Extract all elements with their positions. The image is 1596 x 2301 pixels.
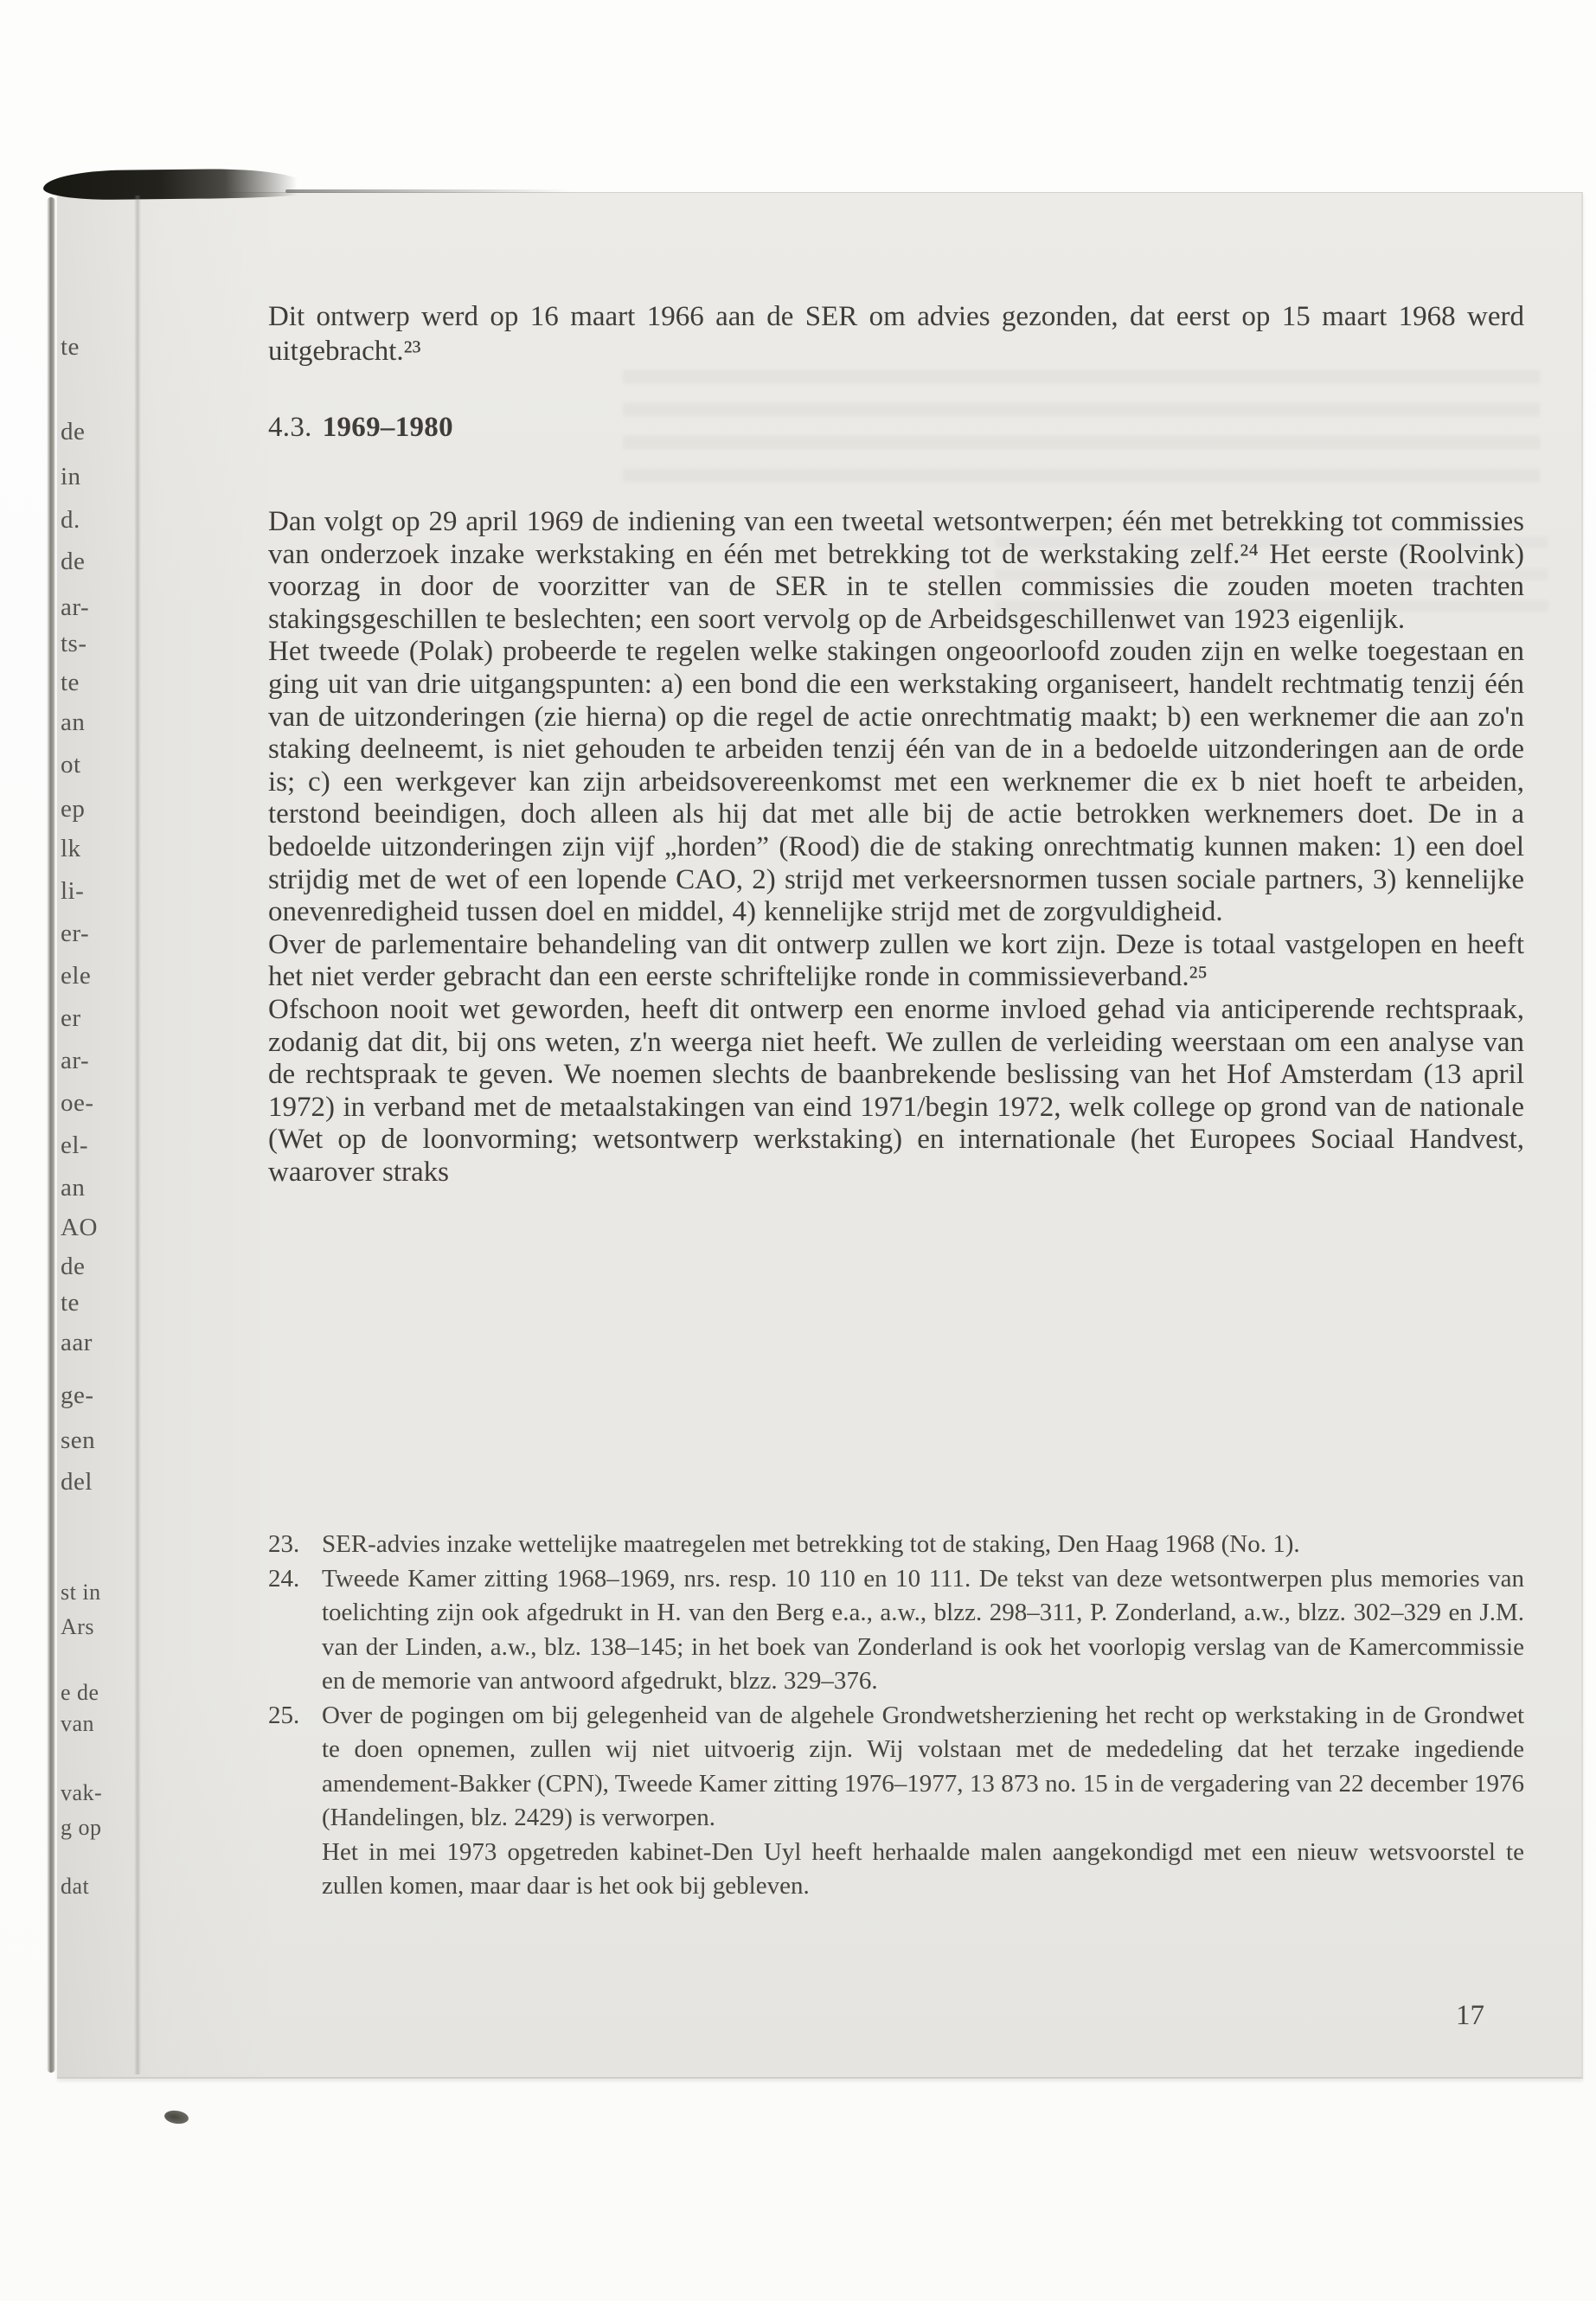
facing-page-text-fragment: sen <box>61 1427 95 1453</box>
facing-page-text-fragment: oe- <box>61 1090 94 1116</box>
footnote-text: Tweede Kamer zitting 1968–1969, nrs. res… <box>322 1562 1524 1699</box>
facing-page-text-fragment: ts- <box>61 631 87 657</box>
footnote-text: SER-advies inzake wettelijke maatregelen… <box>322 1528 1524 1562</box>
facing-page-text-fragment: er <box>61 1005 81 1031</box>
facing-page-text-fragment: st in <box>61 1580 101 1606</box>
scanned-book-page: te de in d. de ar- ts- te an ot ep lk li… <box>0 0 1596 2301</box>
facing-page-text-fragment: d. <box>61 507 80 533</box>
facing-page-text-fragment: del <box>61 1469 93 1495</box>
footnote-item: 24. Tweede Kamer zitting 1968–1969, nrs.… <box>268 1562 1524 1699</box>
facing-page-text-fragment: ar- <box>61 594 89 620</box>
page-number: 17 <box>1456 2000 1484 2032</box>
facing-page-text-fragment: er- <box>61 920 89 946</box>
facing-page-text-fragment: te <box>61 670 80 695</box>
facing-page-text-fragment: de <box>61 548 85 574</box>
previous-page-edge <box>43 168 303 200</box>
page-edge-line <box>134 195 141 2074</box>
body-paragraph: Ofschoon nooit wet geworden, heeft dit o… <box>268 994 1524 1189</box>
footnote-number: 25. <box>268 1699 299 1734</box>
facing-page-text-fragment: te <box>61 334 80 360</box>
facing-page-text-fragment: ele <box>61 963 91 989</box>
footnotes-section: 23. SER-advies inzake wettelijke maatreg… <box>268 1528 1524 1904</box>
facing-page-text-fragment: in <box>61 464 81 490</box>
footnote-text: Over de pogingen om bij gelegenheid van … <box>322 1699 1524 1904</box>
body-paragraph: Over de parlementaire behandeling van di… <box>268 929 1524 994</box>
facing-page-text-fragment: el- <box>61 1132 88 1158</box>
facing-page-text-fragment: Ars <box>61 1614 94 1640</box>
facing-page-text-fragment: ot <box>61 752 81 778</box>
facing-page-text-fragment: an <box>61 709 85 735</box>
facing-page-text-fragment: AO <box>61 1215 98 1240</box>
facing-page-text-fragment: li- <box>61 878 84 904</box>
section-title: 1969–1980 <box>323 412 453 443</box>
footnote-number: 23. <box>268 1528 299 1562</box>
facing-page-text-fragment: lk <box>61 836 81 862</box>
facing-page-text-fragment: dat <box>61 1874 89 1900</box>
facing-page-text-fragment: ge- <box>61 1382 94 1408</box>
footnote-number: 24. <box>268 1562 299 1597</box>
facing-page-text-fragment: g op <box>61 1815 102 1841</box>
footnote-item: 23. SER-advies inzake wettelijke maatreg… <box>268 1528 1524 1562</box>
body-paragraph: Dan volgt op 29 april 1969 de indiening … <box>268 506 1524 636</box>
facing-page-text-fragment: te <box>61 1290 80 1316</box>
body-paragraph: Het tweede (Polak) probeerde te regelen … <box>268 636 1524 928</box>
body-text: Dan volgt op 29 april 1969 de indiening … <box>268 506 1524 1189</box>
page-top-edge-line <box>285 189 571 193</box>
facing-page-text-fragment: de <box>61 1253 85 1279</box>
facing-page-text-fragment: ar- <box>61 1048 89 1074</box>
facing-page-text-fragment: ep <box>61 796 85 822</box>
facing-page-text-fragment: vak- <box>61 1780 102 1806</box>
facing-page-text-fragment: de <box>61 419 85 445</box>
book-spine-edge <box>47 197 55 2073</box>
facing-page-text-fragment: e de <box>61 1680 99 1706</box>
section-number: 4.3. <box>268 412 312 443</box>
facing-page-text-fragment: an <box>61 1175 85 1201</box>
footnote-item: 25. Over de pogingen om bij gelegenheid … <box>268 1699 1524 1904</box>
facing-page-text-fragment: aar <box>61 1330 93 1356</box>
facing-page-text-fragment: van <box>61 1711 94 1737</box>
section-heading: 4.3.1969–1980 <box>268 412 453 444</box>
intro-paragraph: Dit ontwerp werd op 16 maart 1966 aan de… <box>268 299 1524 369</box>
page-bottom-mark <box>163 2109 189 2125</box>
